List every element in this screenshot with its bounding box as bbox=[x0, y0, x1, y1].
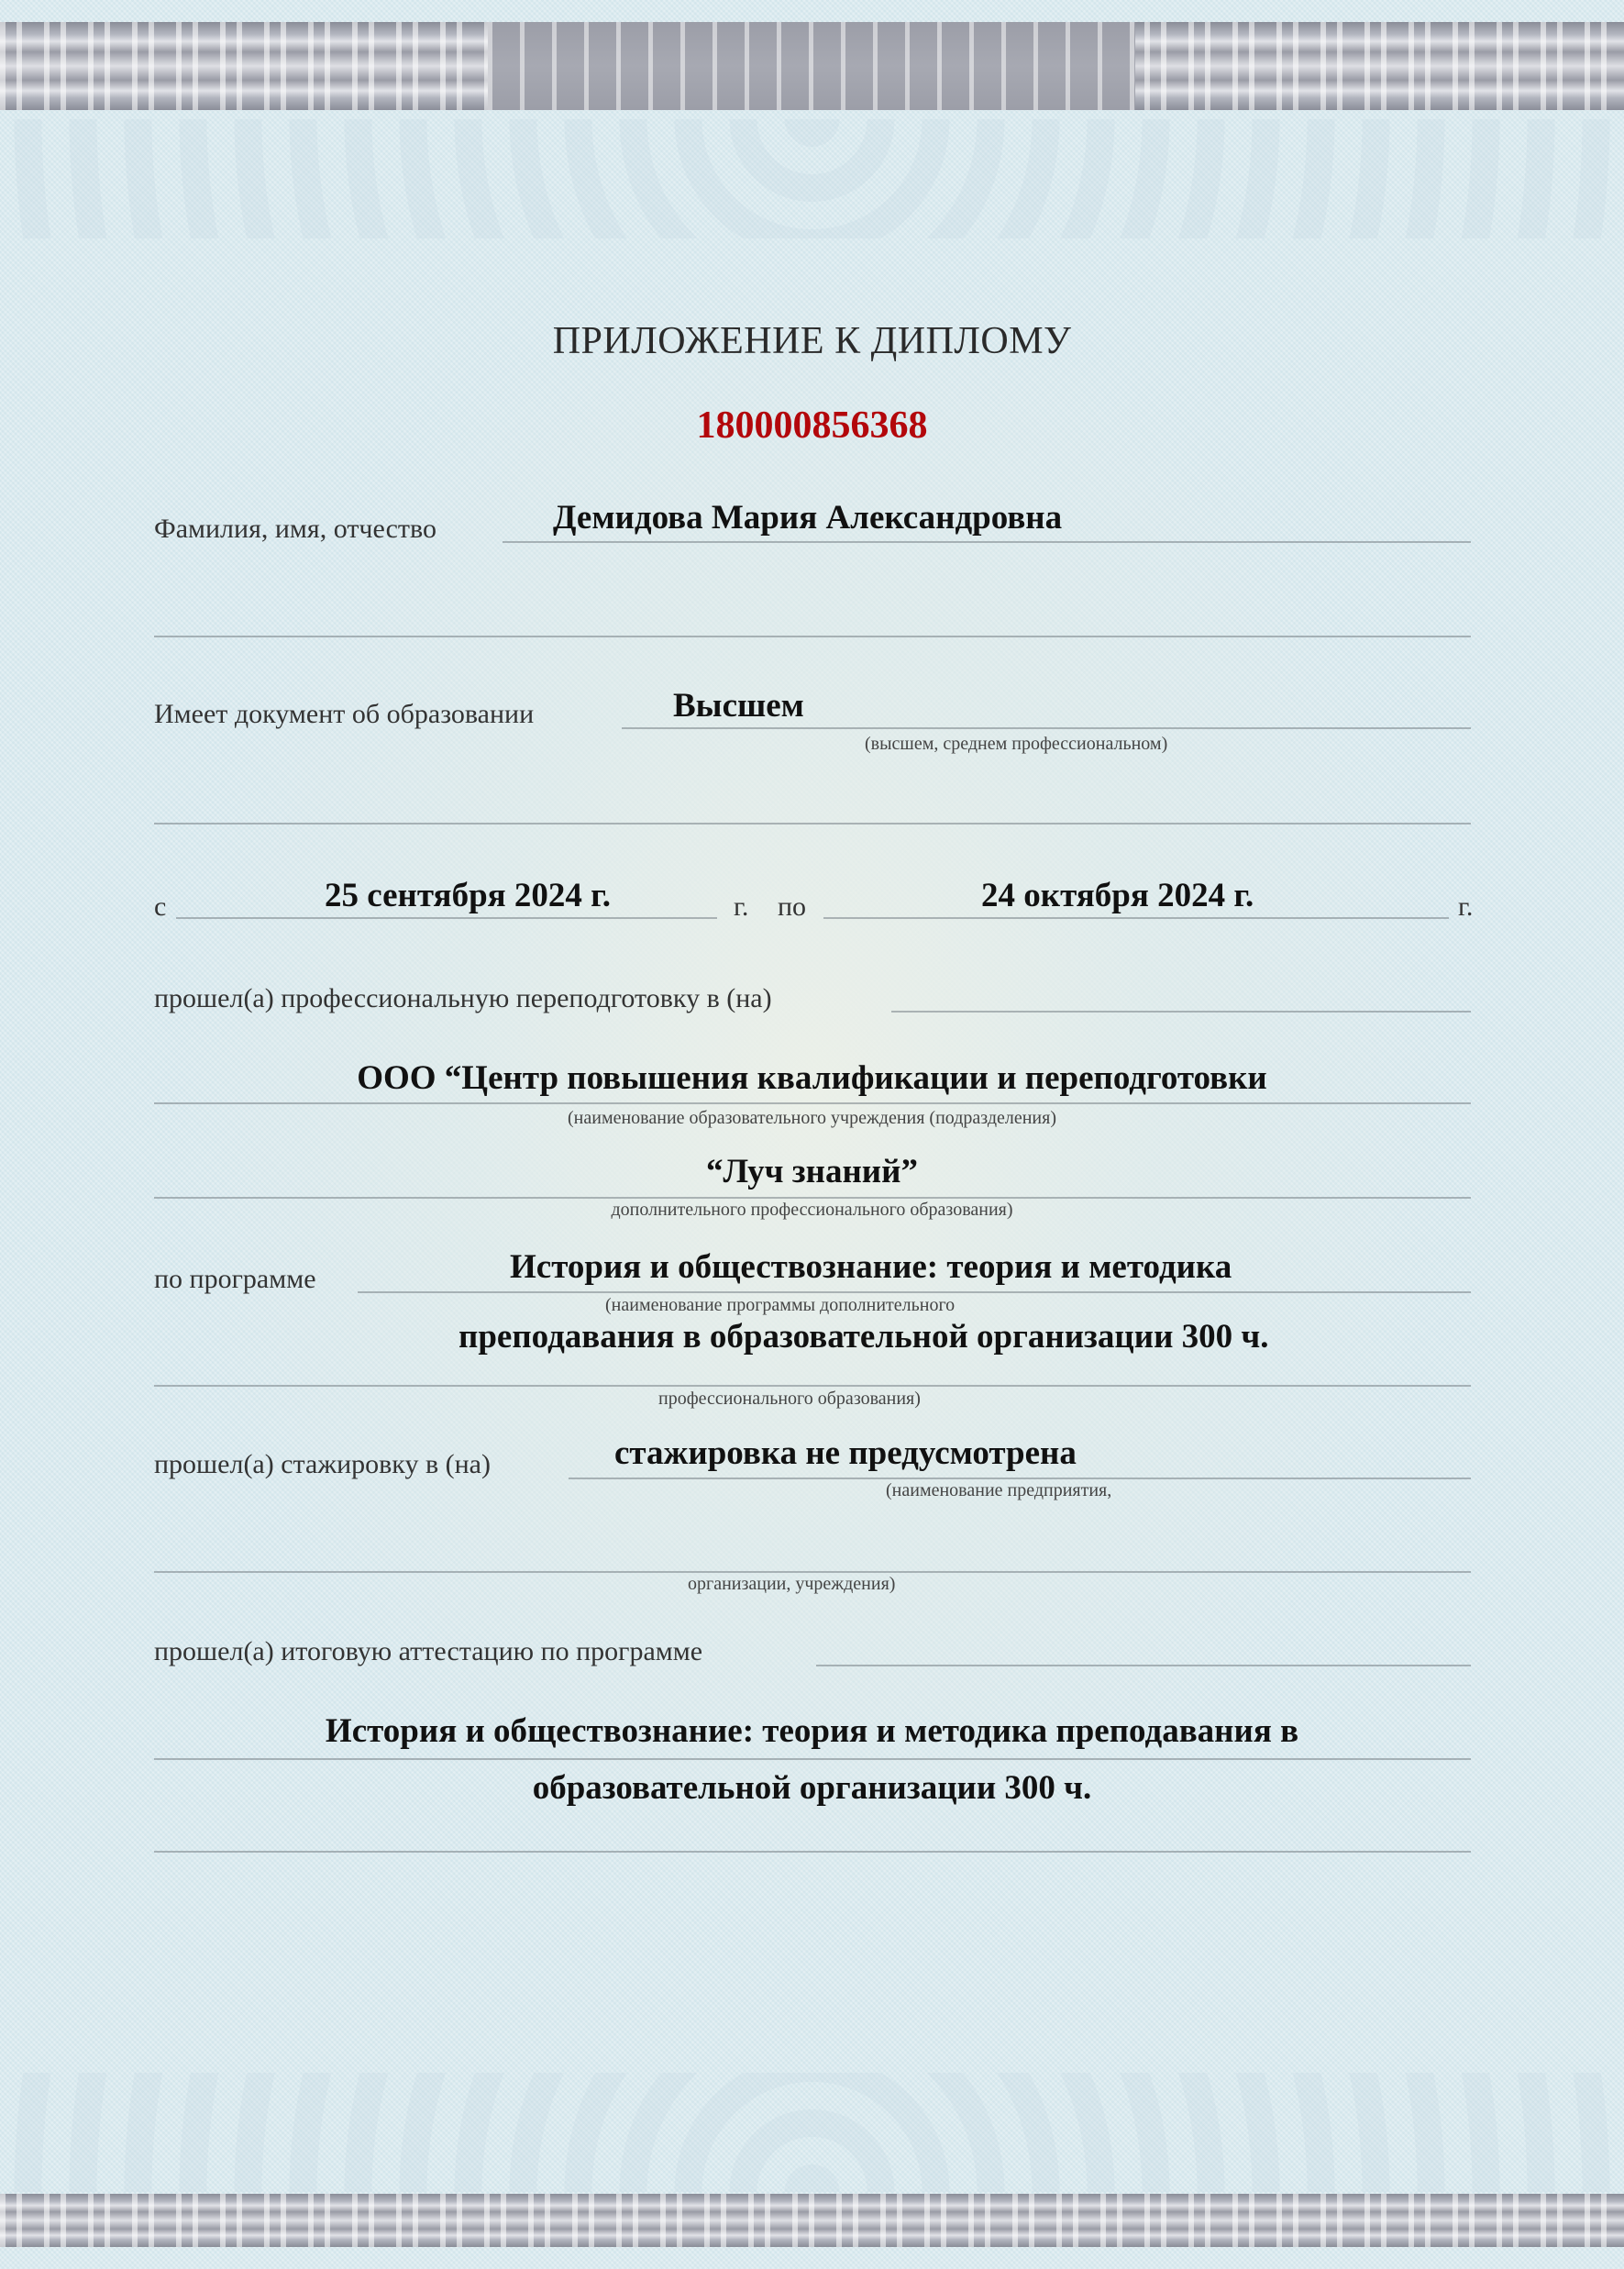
document-title: ПРИЛОЖЕНИЕ К ДИПЛОМУ bbox=[0, 319, 1624, 363]
fio-underline bbox=[503, 541, 1471, 543]
education-caption: (высшем, среднем профессиональном) bbox=[865, 734, 1167, 755]
period-from-underline bbox=[176, 917, 717, 919]
internship-value: стажировка не предусмотрена bbox=[614, 1433, 1077, 1473]
period-mid-suffix: г. bbox=[734, 891, 748, 923]
internship-caption-2: организации, учреждения) bbox=[688, 1574, 895, 1595]
program-caption-2: профессионального образования) bbox=[658, 1389, 921, 1410]
program-caption-1: (наименование программы дополнительного bbox=[605, 1295, 955, 1316]
program-underline-2 bbox=[154, 1385, 1471, 1387]
attestation-label: прошел(а) итоговую аттестацию по програм… bbox=[154, 1636, 702, 1667]
fio-label: Фамилия, имя, отчество bbox=[154, 514, 436, 545]
period-mid-label: по bbox=[778, 891, 806, 923]
retraining-org-line2: “Луч знаний” bbox=[0, 1152, 1624, 1191]
period-from: 25 сентября 2024 г. bbox=[325, 876, 611, 915]
fio-value: Демидова Мария Александровна bbox=[553, 498, 1062, 537]
program-line1: История и обществознание: теория и метод… bbox=[510, 1247, 1232, 1287]
internship-label: прошел(а) стажировку в (на) bbox=[154, 1449, 491, 1480]
education-value: Высшем bbox=[673, 686, 804, 725]
retraining-caption-1: (наименование образовательного учреждени… bbox=[0, 1108, 1624, 1129]
education-underline-2 bbox=[154, 823, 1471, 825]
retraining-caption-2: дополнительного профессионального образо… bbox=[0, 1200, 1624, 1221]
internship-underline-1 bbox=[569, 1478, 1471, 1479]
period-to: 24 октября 2024 г. bbox=[981, 876, 1254, 915]
program-line2: преподавания в образовательной организац… bbox=[458, 1317, 1269, 1356]
attestation-underline-2 bbox=[154, 1851, 1471, 1853]
bottom-ornamental-border bbox=[0, 2194, 1624, 2247]
retraining-org-line1: ООО “Центр повышения квалификации и пере… bbox=[0, 1058, 1624, 1098]
top-guilloche-pattern bbox=[0, 119, 1624, 238]
attestation-underline-1 bbox=[154, 1758, 1471, 1760]
period-end-suffix: г. bbox=[1458, 891, 1473, 923]
top-ornamental-border bbox=[0, 22, 1624, 110]
retraining-underline bbox=[891, 1011, 1471, 1013]
education-label: Имеет документ об образовании bbox=[154, 699, 534, 730]
internship-caption-1: (наименование предприятия, bbox=[886, 1480, 1111, 1501]
bottom-guilloche-pattern bbox=[0, 2073, 1624, 2192]
period-prefix: с bbox=[154, 891, 166, 923]
fio-underline-2 bbox=[154, 636, 1471, 637]
period-to-underline bbox=[823, 917, 1449, 919]
program-label: по программе bbox=[154, 1264, 316, 1295]
diploma-number: 180000856368 bbox=[0, 404, 1624, 448]
retraining-org-underline-2 bbox=[154, 1197, 1471, 1199]
attestation-underline bbox=[816, 1665, 1471, 1666]
program-underline-1 bbox=[358, 1291, 1471, 1293]
attestation-line1: История и обществознание: теория и метод… bbox=[0, 1711, 1624, 1751]
retraining-org-underline-1 bbox=[154, 1102, 1471, 1104]
retraining-label: прошел(а) профессиональную переподготовк… bbox=[154, 983, 772, 1014]
internship-underline-2 bbox=[154, 1571, 1471, 1573]
attestation-line2: образовательной организации 300 ч. bbox=[0, 1768, 1624, 1808]
education-underline bbox=[622, 727, 1471, 729]
